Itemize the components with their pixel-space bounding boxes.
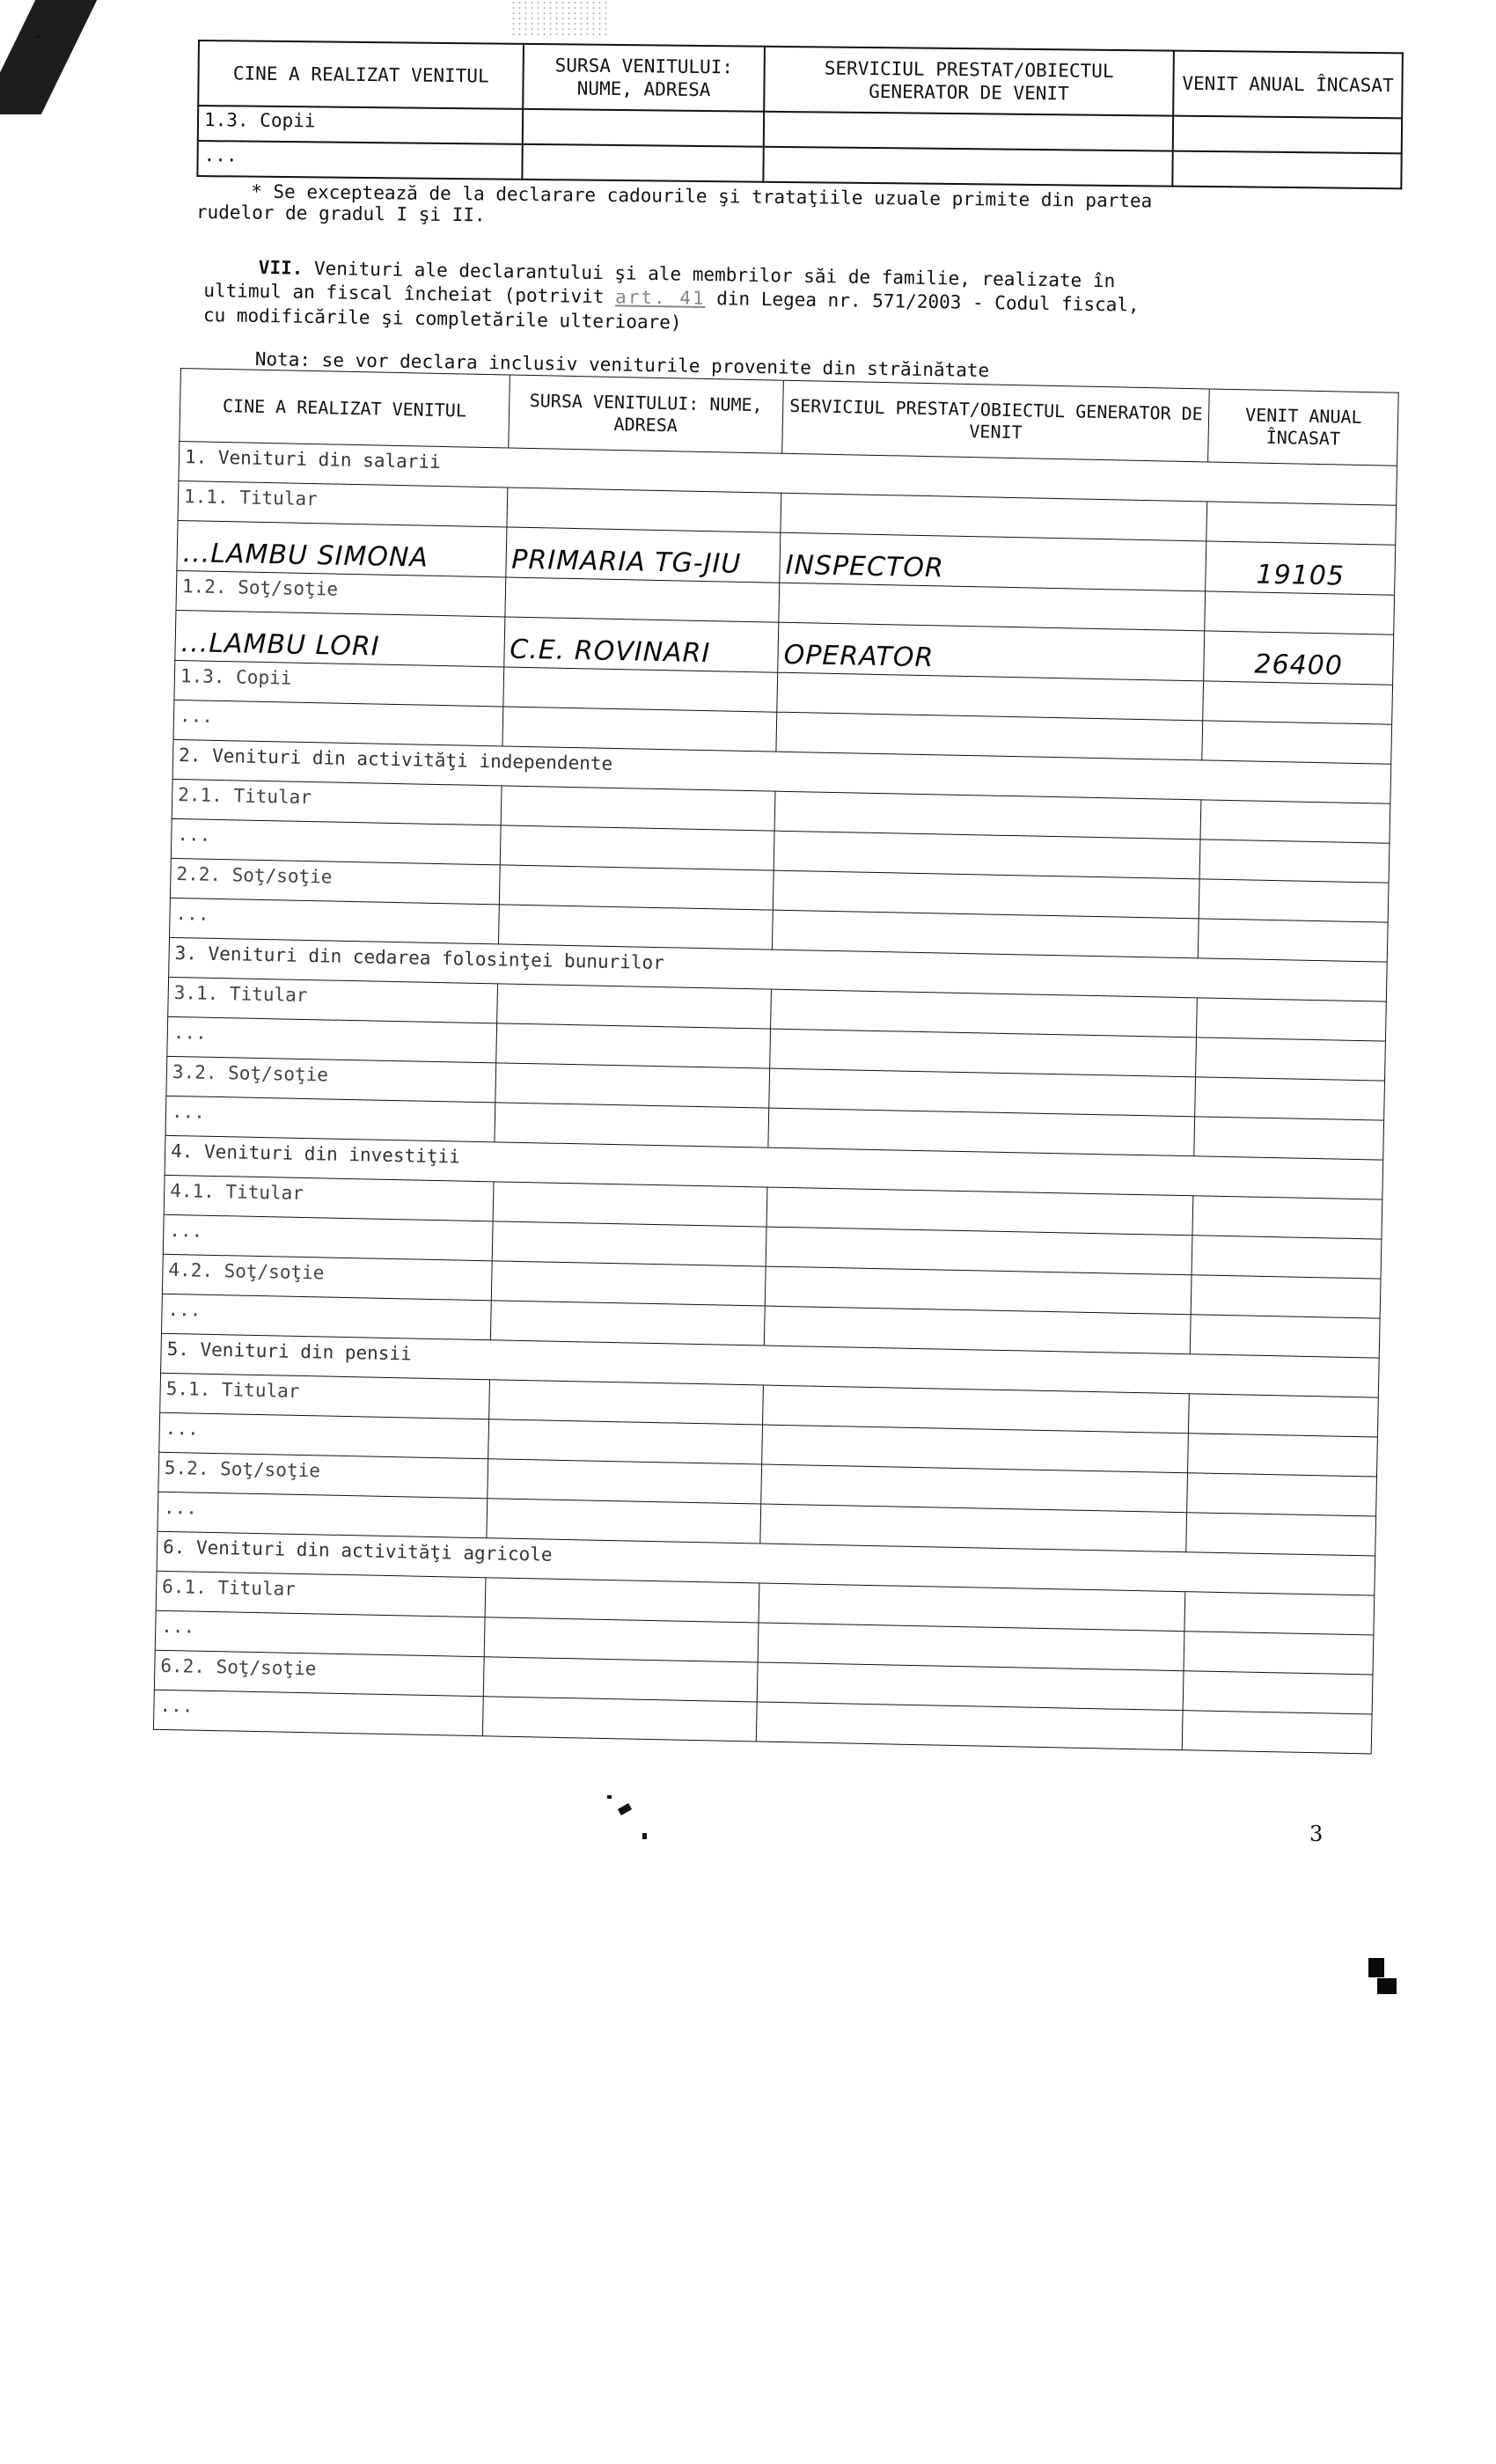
- header-service: SERVICIUL PRESTAT/OBIECTUL GENERATOR DE …: [764, 47, 1174, 116]
- row-label: 1.3. Copii: [198, 106, 524, 144]
- row-label: 6.1. Titular: [156, 1571, 485, 1617]
- row-source: [484, 1617, 759, 1662]
- row-amount: [1203, 681, 1392, 724]
- row-label: 4.2. Soţ/soţie: [162, 1254, 491, 1300]
- row-label: ...: [153, 1690, 482, 1735]
- row-source: [499, 865, 774, 910]
- row-source: [487, 1459, 761, 1504]
- section-text: ultimul an fiscal încheiat (potrivit: [203, 280, 615, 307]
- scanned-document-page: CINE A REALIZAT VENITUL SURSA VENITULUI:…: [0, 0, 1496, 2464]
- row-label: ...: [159, 1412, 488, 1458]
- row-amount: [1199, 879, 1389, 922]
- row-label: 2.1. Titular: [172, 779, 501, 825]
- row-source: [498, 905, 773, 950]
- row-amount: [1187, 1473, 1376, 1516]
- row-label: ...: [161, 1294, 490, 1339]
- row-source: [501, 786, 775, 831]
- row-label: 3.1. Titular: [168, 977, 497, 1023]
- row-amount: [1200, 800, 1390, 843]
- row-label: 5.1. Titular: [160, 1373, 489, 1419]
- row-source: [503, 667, 778, 712]
- row-source: [495, 1103, 769, 1148]
- row-amount: [1191, 1315, 1380, 1358]
- section-vii-intro: VII. Venituri ale declarantului şi ale m…: [203, 255, 1383, 346]
- row-service: [764, 112, 1174, 151]
- row-label: 2.2. Soţ/soţie: [170, 858, 499, 904]
- row-label: 1.3. Copii: [174, 660, 503, 706]
- header-who: CINE A REALIZAT VENITUL: [180, 369, 510, 448]
- row-amount: [1184, 1671, 1373, 1714]
- row-source: [523, 109, 764, 147]
- row-source: [495, 1023, 770, 1068]
- handwritten-entry: ...LAMBU LORI: [180, 627, 380, 663]
- row-source: [491, 1261, 766, 1306]
- handwritten-entry: 26400: [1254, 649, 1343, 681]
- income-table-continuation: CINE A REALIZAT VENITUL SURSA VENITULUI:…: [196, 40, 1404, 236]
- row-source: [493, 1182, 767, 1227]
- scan-speck: [618, 1803, 632, 1815]
- row-source: [502, 707, 777, 752]
- row-label: 3.2. Soţ/soţie: [166, 1056, 495, 1102]
- row-amount: [1196, 1038, 1385, 1081]
- row-amount: 26400: [1204, 631, 1394, 685]
- row-source: [507, 488, 781, 532]
- scan-marker-block: [1368, 1958, 1384, 1977]
- page-number: 3: [1309, 1822, 1323, 1846]
- row-amount: 19105: [1206, 541, 1396, 595]
- handwritten-entry: C.E. ROVINARI: [510, 634, 711, 669]
- header-source: SURSA VENITULUI: NUME, ADRESA: [508, 375, 783, 453]
- row-source: [487, 1499, 761, 1544]
- row-service: INSPECTOR: [780, 532, 1206, 591]
- row-source: C.E. ROVINARI: [503, 617, 778, 672]
- row-source: PRIMARIA TG-JIU: [505, 527, 780, 583]
- main-income-table: CINE A REALIZAT VENITUL SURSA VENITULUI:…: [153, 368, 1399, 1754]
- row-service: [763, 147, 1173, 187]
- header-who: CINE A REALIZAT VENITUL: [198, 40, 524, 109]
- row-source: [505, 577, 780, 622]
- row-source: [500, 825, 774, 870]
- income-table-section-vii: CINE A REALIZAT VENITUL SURSA VENITULUI:…: [153, 368, 1399, 1754]
- row-label: 1.1. Titular: [178, 480, 507, 526]
- row-label: ...: [197, 141, 523, 180]
- section-numeral: VII.: [259, 257, 304, 279]
- row-amount: [1200, 840, 1390, 883]
- header-amount: VENIT ANUAL ÎNCASAT: [1208, 389, 1398, 466]
- row-amount: [1184, 1592, 1374, 1635]
- row-source: [523, 144, 764, 182]
- handwritten-entry: INSPECTOR: [785, 550, 944, 584]
- row-label: ...: [173, 700, 502, 745]
- row-label: ...LAMBU LORI: [175, 610, 505, 666]
- top-income-table: CINE A REALIZAT VENITUL SURSA VENITULUI:…: [196, 40, 1404, 189]
- row-amount: [1172, 151, 1401, 189]
- scan-speck: [35, 35, 40, 38]
- row-label: 5.2. Soţ/soţie: [158, 1452, 488, 1498]
- row-amount: [1195, 1077, 1384, 1120]
- row-source: [495, 1063, 769, 1108]
- row-source: [485, 1578, 759, 1623]
- row-label: 1.2. Soţ/soţie: [176, 570, 505, 616]
- row-label: 6.2. Soţ/soţie: [154, 1650, 483, 1696]
- row-label: ...: [170, 898, 499, 943]
- section-text: din Legea nr. 571/2003 - Codul fiscal,: [705, 288, 1139, 316]
- row-source: [482, 1697, 757, 1742]
- row-label: ...: [165, 1096, 495, 1141]
- row-amount: [1186, 1513, 1375, 1556]
- handwritten-entry: OPERATOR: [783, 640, 934, 673]
- handwritten-entry: PRIMARIA TG-JIU: [511, 544, 742, 579]
- row-amount: [1202, 721, 1391, 764]
- scan-speck: [607, 1795, 612, 1799]
- row-label: ...: [171, 818, 500, 864]
- row-amount: [1192, 1236, 1381, 1279]
- scan-noise-artifact: [510, 0, 607, 35]
- row-label: ...: [163, 1214, 492, 1260]
- footnote: * Se exceptează de la declarare cadouril…: [196, 180, 1402, 236]
- row-amount: [1189, 1394, 1378, 1437]
- row-amount: [1183, 1711, 1372, 1754]
- header-amount: VENIT ANUAL ÎNCASAT: [1173, 51, 1403, 119]
- row-source: [492, 1221, 766, 1266]
- row-amount: [1194, 1117, 1383, 1160]
- scan-speck: [642, 1833, 647, 1839]
- row-amount: [1199, 919, 1388, 962]
- row-amount: [1184, 1632, 1373, 1675]
- row-label: ...: [155, 1610, 484, 1656]
- row-source: [488, 1419, 762, 1464]
- row-source: [488, 1380, 763, 1425]
- scan-marker-block: [1377, 1978, 1397, 1994]
- row-source: [496, 984, 771, 1029]
- table-header-row: CINE A REALIZAT VENITUL SURSA VENITULUI:…: [198, 40, 1403, 118]
- main-table-body: 1. Venituri din salarii1.1. Titular...LA…: [153, 441, 1397, 1753]
- row-service: [756, 1702, 1183, 1750]
- row-label: ...: [158, 1492, 487, 1537]
- row-source: [490, 1301, 765, 1346]
- header-source: SURSA VENITULUI: NUME, ADRESA: [524, 44, 765, 112]
- row-amount: [1205, 591, 1394, 634]
- handwritten-entry: ...LAMBU SIMONA: [182, 538, 429, 574]
- row-source: [483, 1657, 758, 1702]
- row-amount: [1206, 502, 1396, 545]
- scan-edge-artifact: [0, 0, 106, 114]
- row-label: ...LAMBU SIMONA: [177, 520, 507, 576]
- header-service: SERVICIUL PRESTAT/OBIECTUL GENERATOR DE …: [782, 380, 1210, 462]
- handwritten-entry: 19105: [1256, 559, 1345, 591]
- row-amount: [1197, 998, 1386, 1041]
- row-label: 4.1. Titular: [164, 1175, 493, 1221]
- row-amount: [1192, 1275, 1381, 1318]
- row-label: ...: [167, 1016, 496, 1062]
- row-amount: [1188, 1434, 1377, 1477]
- row-amount: [1173, 116, 1402, 154]
- row-service: OPERATOR: [778, 622, 1205, 681]
- law-article-reference: art. 41: [615, 287, 706, 310]
- row-amount: [1192, 1196, 1382, 1239]
